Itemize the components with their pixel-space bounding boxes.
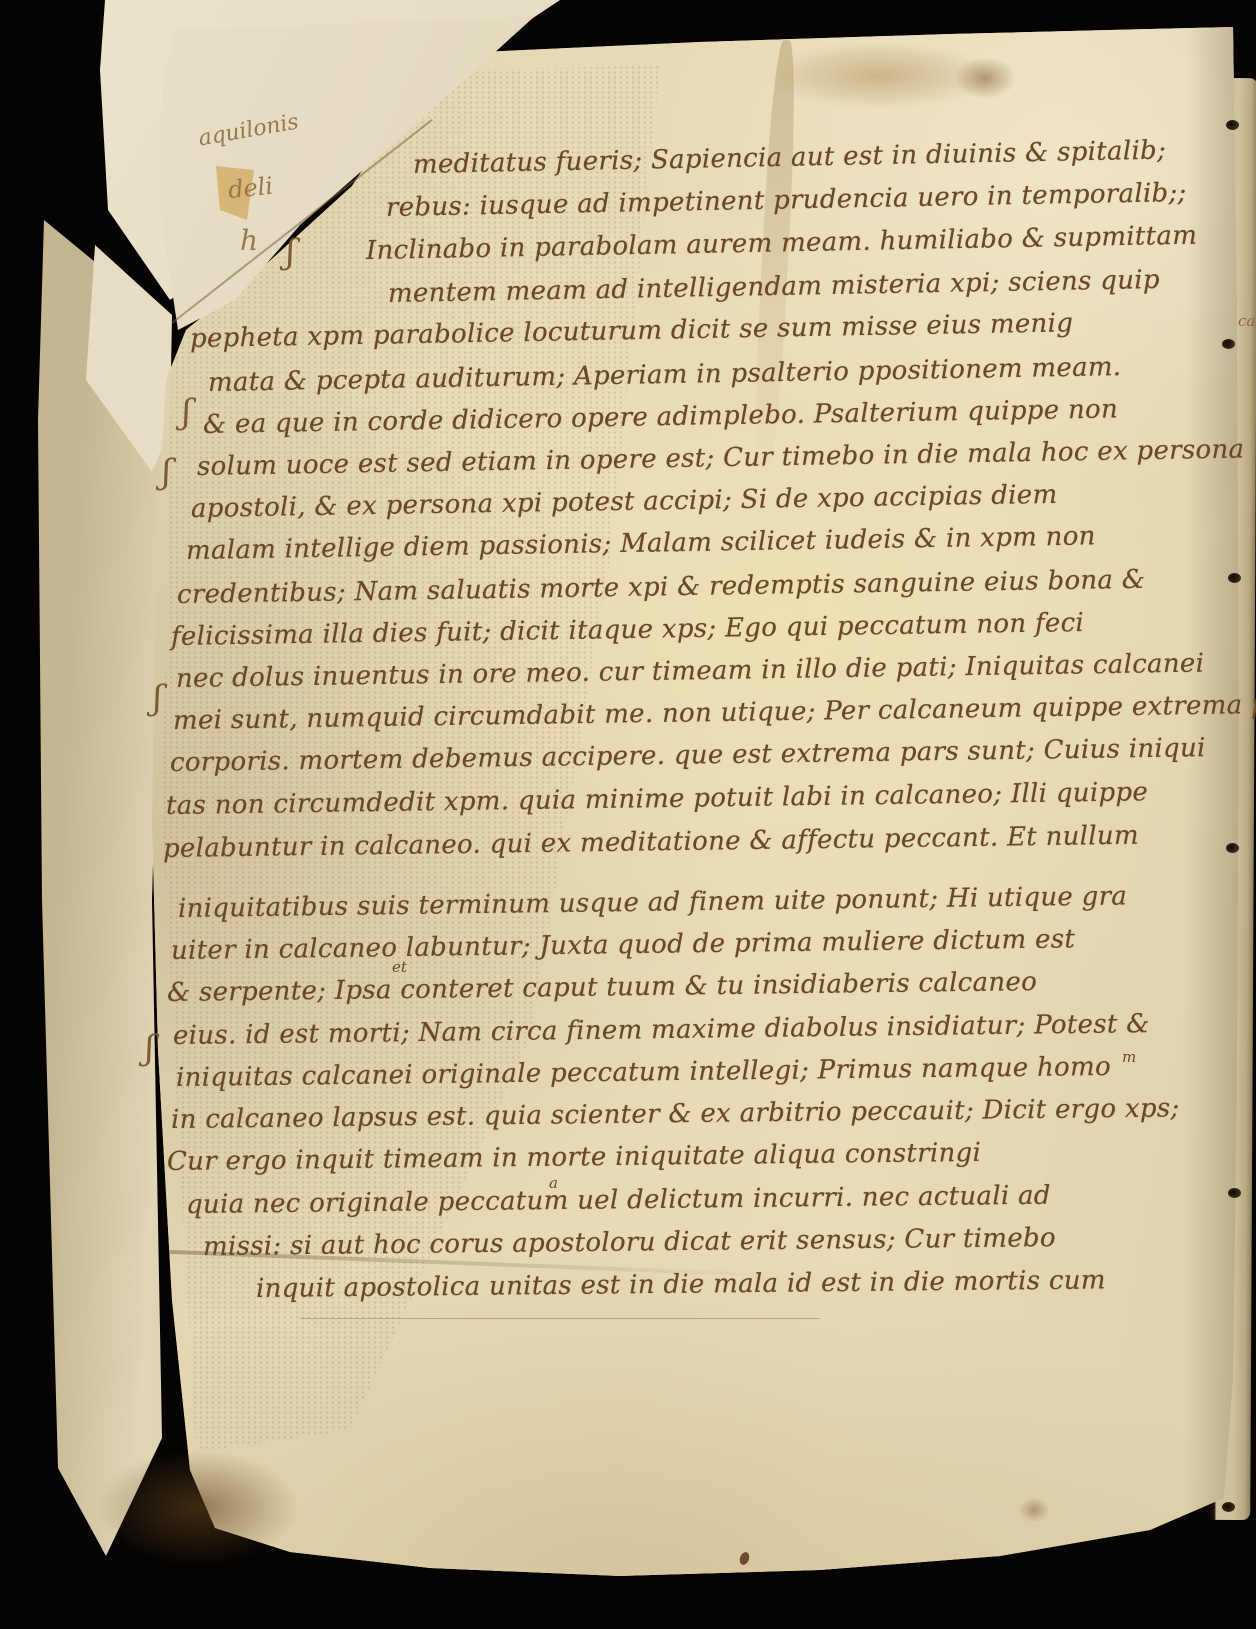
interlinear-gloss: et — [392, 958, 407, 976]
paragraph-mark: ʃ — [153, 678, 162, 718]
interlinear-gloss: m — [1122, 1048, 1136, 1066]
text-line: apostoli, & ex persona xpi potest accipi… — [191, 480, 1058, 524]
text-line: in calcaneo lapsus est. quia scienter & … — [171, 1093, 1180, 1135]
flap-note-2: deli — [227, 172, 275, 205]
sewing-knot — [1226, 843, 1239, 853]
sewing-knot — [1222, 1502, 1235, 1512]
manuscript-photo: meditatus fueris; Sapiencia aut est in d… — [0, 0, 1256, 1629]
text-line: uiter in calcaneo labuntur; Juxta quod d… — [171, 924, 1076, 966]
text-line: felicissima illa dies fuit; dicit itaque… — [171, 608, 1085, 652]
text-line: mentem meam ad intelligendam misteria xp… — [388, 265, 1160, 309]
text-line: & ea que in corde didicero opere adimple… — [203, 394, 1119, 440]
sewing-knot — [1228, 573, 1241, 583]
text-line: iniquitatibus suis terminum usque ad fin… — [178, 881, 1128, 924]
text-line: malam intellige diem passionis; Malam sc… — [186, 521, 1096, 566]
text-line: pepheta xpm parabolice locuturum dicit s… — [190, 308, 1074, 354]
text-line: mei sunt, numquid circumdabit me. non ut… — [173, 689, 1256, 736]
text-line: missi: si aut hoc corus apostoloru dicat… — [203, 1223, 1056, 1262]
text-line: iniquitas calcanei originale peccatum in… — [176, 1052, 1111, 1093]
paragraph-mark: ʃ — [145, 1028, 154, 1068]
text-line: nec dolus inuentus in ore meo. cur timea… — [176, 649, 1205, 694]
text-line: pelabuntur in calcaneo. qui ex meditatio… — [163, 821, 1139, 864]
paragraph-mark: ʃ — [162, 452, 171, 492]
text-line: Cur ergo inquit timeam in morte iniquita… — [167, 1138, 981, 1177]
sewing-knot — [1222, 339, 1235, 349]
text-line: rebus: iusque ad impetinent prudencia ue… — [386, 178, 1187, 223]
sewing-knot — [1226, 120, 1239, 130]
text-line: mata & pcepta auditurum; Aperiam in psal… — [208, 352, 1122, 398]
sewing-knot — [1228, 1188, 1241, 1198]
text-line: credentibus; Nam saluatis morte xpi & re… — [177, 565, 1146, 610]
text-line: quia nec originale peccatum uel delictum… — [186, 1181, 1051, 1220]
text-line: tas non circumdedit xpm. quia minime pot… — [166, 777, 1148, 821]
text-line: eius. id est morti; Nam circa finem maxi… — [173, 1009, 1150, 1051]
right-margin-note: ca — [1238, 312, 1255, 330]
text-line: Inclinabo in parabolam aurem meam. humil… — [366, 221, 1198, 266]
paragraph-mark: ʃ — [182, 392, 191, 432]
text-line: meditatus fueris; Sapiencia aut est in d… — [413, 136, 1167, 180]
text-line: & serpente; Ipsa conteret caput tuum & t… — [167, 967, 1037, 1008]
text-line: solum uoce est sed etiam in opere est; C… — [197, 434, 1245, 482]
text-line: corporis. mortem debemus accipere. que e… — [170, 733, 1206, 778]
text-line: inquit apostolica unitas est in die mala… — [256, 1265, 1106, 1304]
interlinear-gloss: a — [549, 1174, 558, 1192]
flap-note-3: h — [240, 224, 258, 257]
